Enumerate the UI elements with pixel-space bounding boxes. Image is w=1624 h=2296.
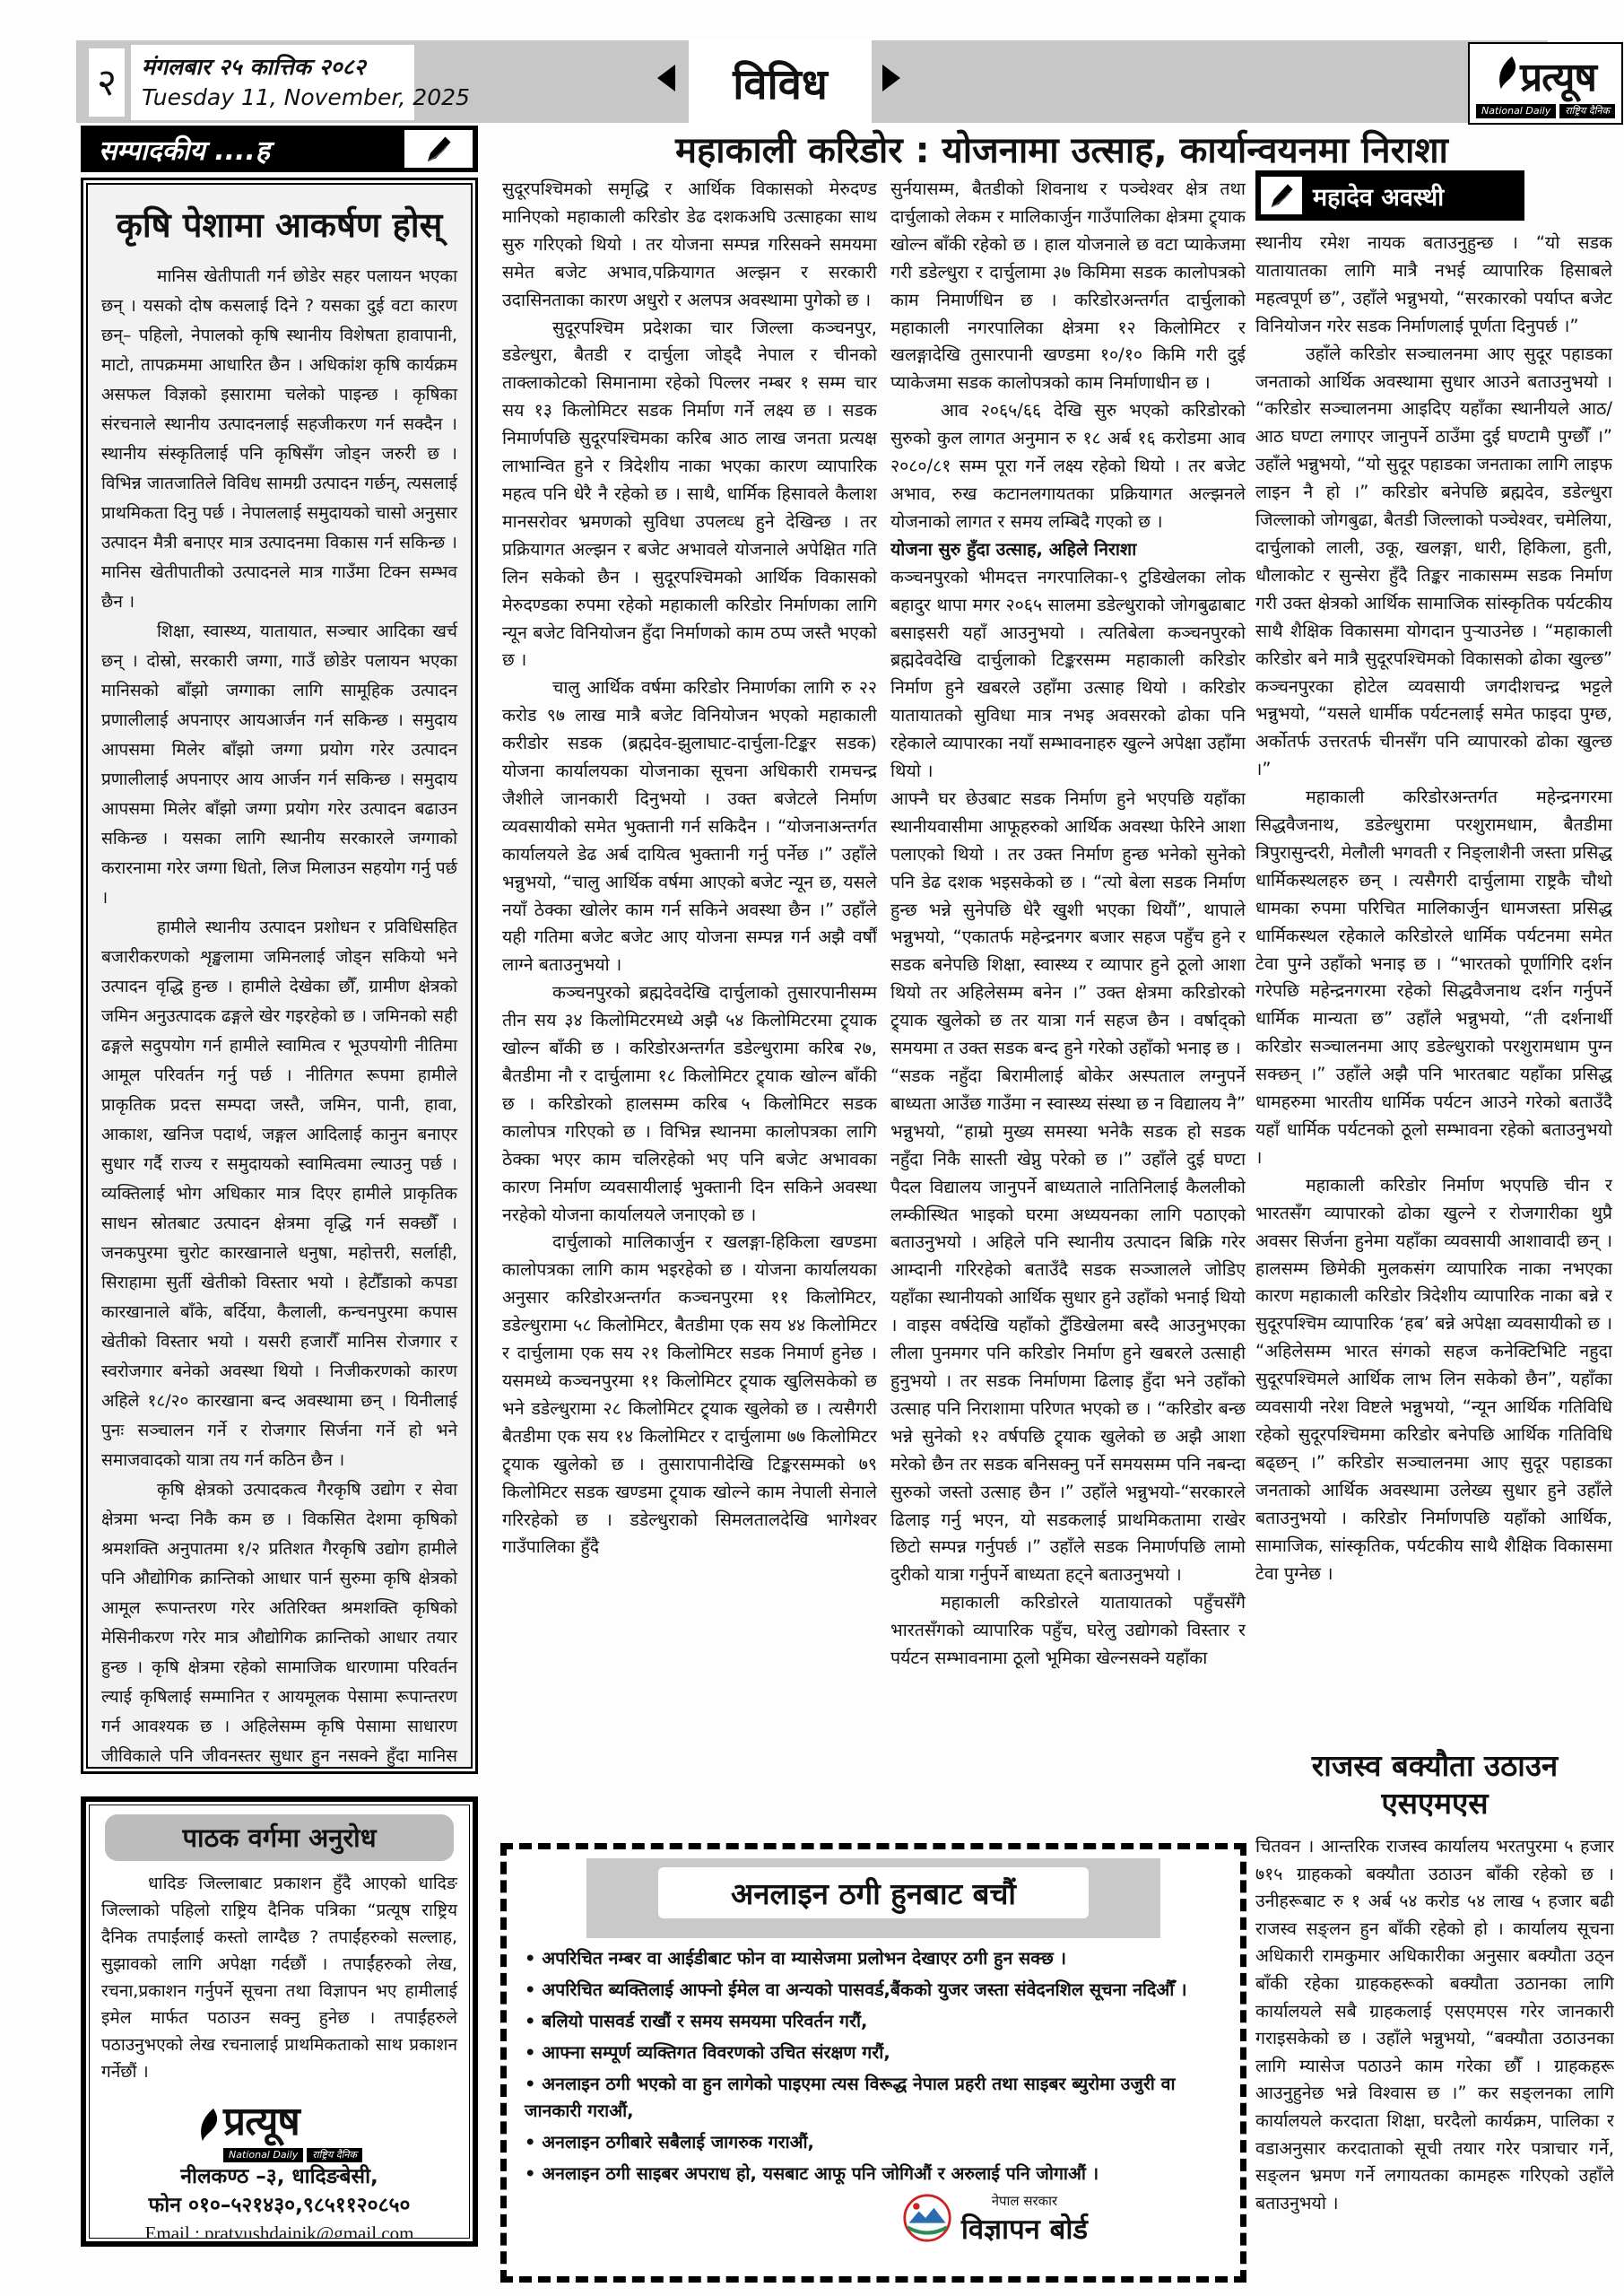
newspaper-page: २ मंगलबार २५ कात्तिक २०८२ Tuesday 11, No… <box>0 0 1624 2296</box>
revenue-headline-line2: एसएमएस <box>1255 1785 1614 1822</box>
date-box: मंगलबार २५ कात्तिक २०८२ Tuesday 11, Nove… <box>131 45 414 120</box>
article-column-1: सुदूरपश्चिमको समृद्धि र आर्थिक विकासको म… <box>502 176 877 1842</box>
brand-tag-np: राष्ट्रिय दैनिक <box>1559 104 1615 118</box>
left-arrow-icon <box>657 65 675 91</box>
pen-icon <box>404 130 473 168</box>
byline-box: महादेव अवस्थी <box>1255 170 1524 221</box>
article-paragraph: सुदूरपश्चिमको समृद्धि र आर्थिक विकासको म… <box>502 176 877 315</box>
brand-name: प्रत्यूष <box>223 2099 300 2144</box>
revenue-headline-line1: राजस्व बक्यौता उठाउन <box>1255 1747 1614 1785</box>
article-paragraph: महाकाली करिडोरले यातायातको पहुँचसँगै भार… <box>890 1589 1246 1673</box>
pen-icon <box>1261 177 1302 214</box>
page-number: २ <box>89 48 125 117</box>
article-column-2: सुर्नयासम्म, बैतडीको शिवनाथ र पञ्चेश्वर … <box>890 176 1246 1842</box>
nepal-emblem-icon <box>902 2193 952 2247</box>
editorial-box: कृषि पेशामा आकर्षण होस् मानिस खेतीपाती ग… <box>81 178 478 1774</box>
revenue-article: राजस्व बक्यौता उठाउन एसएमएस चितवन । आन्त… <box>1255 1747 1614 2292</box>
fraud-bullet: बलियो पासवर्ड राखौं र समय समयमा परिवर्तन… <box>525 2008 1222 2035</box>
editorial-paragraph: मानिस खेतीपाती गर्न छोडेर सहर पलायन भएका… <box>101 262 457 617</box>
article-paragraph: दार्चुलाको मालिकार्जुन र खलङ्गा-हिकिला ख… <box>502 1229 877 1561</box>
government-label: नेपाल सरकार <box>961 2192 1088 2210</box>
article-paragraph: महाकाली करिडोर निर्माण भएपछि चीन र भारतस… <box>1255 1172 1612 1588</box>
fraud-title-band: अनलाइन ठगी हुनबाट बचौं <box>586 1858 1160 1938</box>
editorial-paragraph: शिक्षा, स्वास्थ्य, यातायात, सञ्चार आदिका… <box>101 617 457 913</box>
fraud-bullet: अनलाइन ठगीबारे सबैलाई जागरुक गराऔं, <box>525 2129 1222 2156</box>
article-column-3: स्थानीय रमेश नायक बताउनुहुन्छ । “यो सडक … <box>1255 230 1612 1661</box>
date-nepali: मंगलबार २५ कात्तिक २०८२ <box>142 52 404 83</box>
fraud-bullet: अपरिचित नम्बर वा आईडीबाट फोन वा म्यासेजम… <box>525 1945 1222 1972</box>
fraud-bullet: अपरिचित ब्यक्तिलाई आफ्नो ईमेल वा अन्यको … <box>525 1977 1222 2004</box>
reader-request-title: पाठक वर्गमा अनुरोध <box>105 1814 454 1861</box>
fraud-bullet: अनलाइन ठगी साइबर अपराध हो, यसबाट आफू पनि… <box>525 2161 1222 2187</box>
brand-tag-en: National Daily <box>223 2148 303 2162</box>
publisher-phone: फोन ०१०–५२१४३०,९८५११२०८५० <box>101 2191 457 2220</box>
ad-board-label: विज्ञापन बोर्ड <box>961 2210 1088 2248</box>
flame-icon <box>196 2106 220 2149</box>
article-paragraph: सुदूरपश्चिम प्रदेशका चार जिल्ला कञ्चनपुर… <box>502 315 877 675</box>
article-paragraph: कञ्चनपुरको ब्रह्मदेवदेखि दार्चुलाको तुसा… <box>502 979 877 1229</box>
fraud-bullet: आफ्ना सम्पूर्ण व्यक्तिगत विवरणको उचित सं… <box>525 2039 1222 2066</box>
article-paragraph: सुर्नयासम्म, बैतडीको शिवनाथ र पञ्चेश्वर … <box>890 176 1246 397</box>
fraud-title: अनलाइन ठगी हुनबाट बचौं <box>658 1867 1089 1918</box>
editorial-label: सम्पादकीय ....ह <box>99 131 404 168</box>
article-paragraph: स्थानीय रमेश नायक बताउनुहुन्छ । “यो सडक … <box>1255 230 1612 341</box>
revenue-body: चितवन । आन्तरिक राजस्व कार्यालय भरतपुरमा… <box>1255 1833 1614 2217</box>
article-paragraph: चालु आर्थिक वर्षमा करिडोर निमार्णका लागि… <box>502 674 877 979</box>
article-paragraph: “सडक नहुँदा बिरामीलाई बोकेर अस्पताल लग्न… <box>890 1063 1246 1589</box>
right-arrow-icon <box>882 65 900 91</box>
editorial-paragraph: हामीले स्थानीय उत्पादन प्रशोधन र प्रविधि… <box>101 913 457 1475</box>
publisher-address: नीलकण्ठ –३, धादिङबेसी, <box>101 2162 457 2191</box>
fraud-bullet-list: अपरिचित नम्बर वा आईडीबाट फोन वा म्यासेजम… <box>525 1945 1222 2187</box>
brand-tag-en: National Daily <box>1476 104 1556 118</box>
brand-tag-np: राष्ट्रिय दैनिक <box>307 2148 362 2162</box>
main-headline: महाकाली करिडोर : योजनामा उत्साह, कार्यान… <box>500 124 1623 173</box>
byline-author: महादेव अवस्थी <box>1313 179 1444 213</box>
flame-icon <box>1495 54 1518 97</box>
fraud-bullet: अनलाइन ठगी भएको वा हुन लागेको पाइएमा त्य… <box>525 2071 1222 2125</box>
section-title: विविध <box>689 40 872 130</box>
article-paragraph: महाकाली करिडोरअन्तर्गत महेन्द्रनगरमा सिद… <box>1255 784 1612 1172</box>
brand-name: प्रत्यूष <box>1520 48 1596 102</box>
article-paragraph: आव २०६५/६६ देखि सुरु भएको करिडोरको सुरुक… <box>890 397 1246 536</box>
article-paragraph: उहाँले करिडोर सञ्चालनमा आए सुदूर पहाडका … <box>1255 341 1612 785</box>
masthead-logo: प्रत्यूष National Daily राष्ट्रिय दैनिक <box>1468 42 1623 125</box>
reader-request-box: पाठक वर्गमा अनुरोध धादिङ जिल्लाबाट प्रका… <box>81 1796 478 2247</box>
editorial-label-bar: सम्पादकीय ....ह <box>81 126 478 172</box>
fraud-awareness-box: अनलाइन ठगी हुनबाट बचौं अपरिचित नम्बर वा … <box>500 1843 1246 2283</box>
publisher-email: Email : pratyushdainik@gmail.com <box>101 2220 457 2239</box>
article-paragraph: कञ्चनपुरको भीमदत्त नगरपालिका-९ टुडिखेलका… <box>890 564 1246 786</box>
editorial-paragraph: कृषि क्षेत्रको उत्पादकत्व गैरकृषि उद्योग… <box>101 1475 457 1769</box>
reader-request-body: धादिङ जिल्लाबाट प्रकाशन हुँदै आएको धादिङ… <box>101 1870 457 2085</box>
date-english: Tuesday 11, November, 2025 <box>142 83 404 113</box>
article-paragraph: आफ्नै घर छेउबाट सडक निर्माण हुने भएपछि य… <box>890 786 1246 1063</box>
article-subhead: योजना सुरु हुँदा उत्साह, अहिले निराशा <box>890 536 1246 564</box>
editorial-title: कृषि पेशामा आकर्षण होस् <box>101 201 457 248</box>
